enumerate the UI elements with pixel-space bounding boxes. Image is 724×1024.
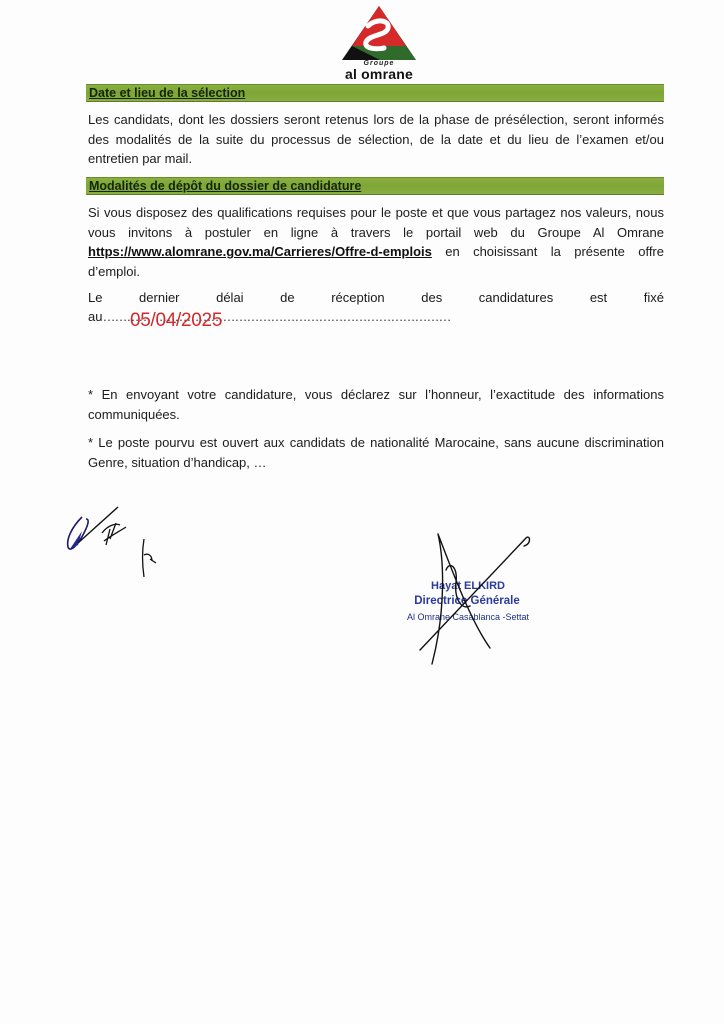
logo-triangle-icon [340,4,418,62]
word: candidatures [479,290,553,305]
word: dernier [139,290,179,305]
section-header-selection: Date et lieu de la sélection [86,84,664,102]
document-page: Groupe al omrane Date et lieu de la séle… [0,0,724,1024]
director-signature-icon [400,530,550,670]
note-nondiscrimination: * Le poste pourvu est ouvert aux candida… [88,433,664,472]
careers-portal-link[interactable]: https://www.alomrane.gov.ma/Carrieres/Of… [88,244,432,259]
al-omrane-logo: Groupe al omrane [336,4,416,82]
deadline-date: 05/04/2025 [130,310,222,332]
application-text: Si vous disposez des qualifications requ… [88,205,664,240]
deadline-prefix: au [88,309,102,324]
word: est [590,290,607,305]
word: fixé [644,290,664,305]
word: délai [216,290,243,305]
note-honor-declaration: * En envoyant votre candidature, vous dé… [88,385,664,424]
selection-paragraph: Les candidats, dont les dossiers seront … [88,110,664,169]
logo-name: al omrane [336,66,422,82]
word: de [280,290,294,305]
word: réception [331,290,384,305]
section-title: Modalités de dépôt du dossier de candida… [89,178,361,195]
word: des [421,290,442,305]
section-title: Date et lieu de la sélection [89,85,245,102]
deadline-sentence: Le dernier délai de réception des candid… [88,290,664,305]
application-paragraph: Si vous disposez des qualifications requ… [88,203,664,281]
initials-signature-icon [60,505,180,585]
section-header-application: Modalités de dépôt du dossier de candida… [86,177,664,195]
word: Le [88,290,102,305]
